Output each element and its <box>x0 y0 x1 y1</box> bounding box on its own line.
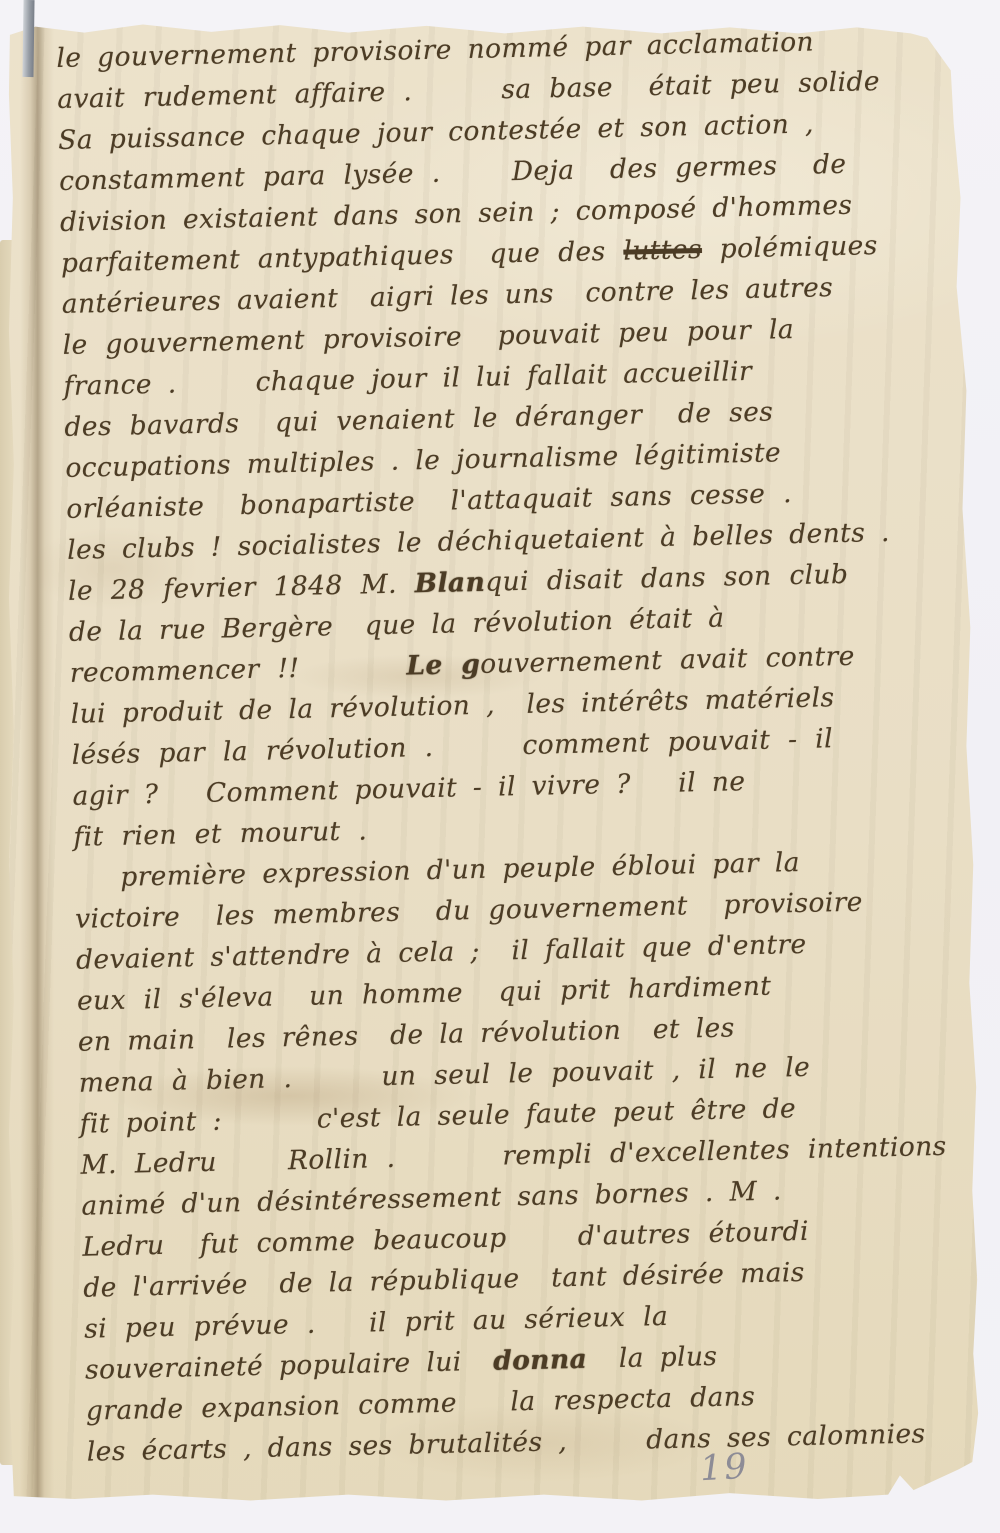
overwritten-word: Le g <box>406 649 481 682</box>
line-segment: souveraineté populaire lui <box>85 1346 494 1386</box>
line-segment: parfaitement antypathiques que des <box>61 236 624 279</box>
line-segment: la plus <box>587 1341 718 1375</box>
manuscript-paper-sheet: le gouvernement provisoire nommé par acc… <box>6 20 984 1502</box>
line-segment: ouvernement avait contre <box>480 641 855 680</box>
pencil-page-number: 19 <box>699 1447 750 1489</box>
manuscript-text-block: le gouvernement provisoire nommé par acc… <box>56 18 989 1472</box>
overwritten-word: Blan <box>414 567 485 600</box>
struck-word: luttes <box>623 234 702 267</box>
overwritten-word: donna <box>493 1344 588 1377</box>
line-segment: recommencer !! <box>70 651 407 689</box>
binding-clip <box>22 0 34 77</box>
line-segment: qui disait dans son club <box>485 559 849 598</box>
line-segment: le 28 fevrier 1848 M. <box>68 568 415 607</box>
line-segment: polémiques <box>702 230 878 265</box>
